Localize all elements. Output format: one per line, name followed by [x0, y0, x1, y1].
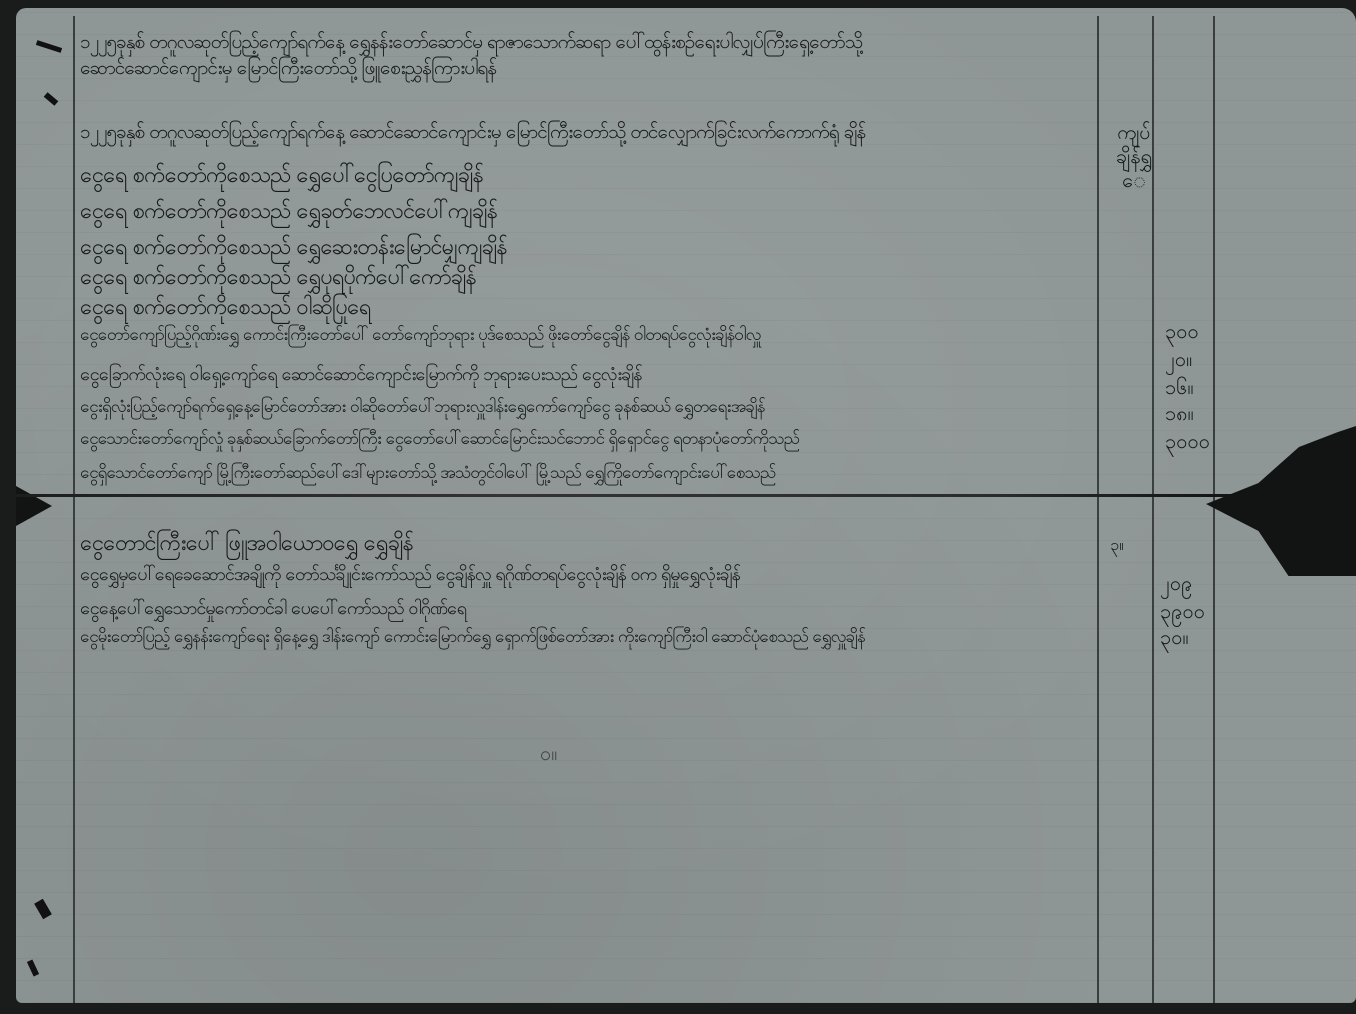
body-line: ငွေရေ စက်တော်ကိုစေသည် ဝါဆိုပြုရေ [80, 292, 371, 325]
amount-value: ၃၀၀ [1165, 318, 1199, 348]
body-line: ငွေးရှိလုံးပြည့်ကျော်ရက်ရှေ့နေ့မြောင်တော… [80, 396, 764, 421]
body-line: ၁၂၂၅ခုနှစ် တဂူလဆုတ်ပြည့်ကျော်ရက်နေ့ ဆောင… [80, 120, 865, 148]
body-line: ငွေနေ့ပေါ်ရွှေသောင်မှုကော်တင်ခါ ပေပေါ်ကေ… [80, 596, 466, 623]
amount-value: ၃၀၀၀ [1165, 428, 1210, 458]
header-line: ၁၂၂၅ခုနှစ် တဂူလဆုတ်ပြည့်ကျော်ရက်နေ့ ရွှေ… [80, 30, 862, 58]
side-column-annotation: ကျပ်ချိန်ရွှေ [1112, 120, 1156, 192]
header-line: ဆောင်ဆောင်ကျောင်းမှ မြောင်ကြီးတော်သို့ ဖ… [80, 56, 496, 84]
amount-column-rule [1213, 16, 1215, 1003]
body-line: ငွေရေ စက်တော်ကိုစေသည် ရွှေခုတ်ဘေလင်ပေါ်က… [80, 196, 497, 229]
amount-value: ၂၀။ [1165, 346, 1192, 376]
amount-value: ၂၀၉ [1160, 570, 1192, 600]
body-line: ငွေခြောက်လုံးရေ ဝါရှေ့ကျော်ရေ ဆောင်ဆောင်… [80, 362, 641, 389]
torn-notch-left [16, 486, 52, 526]
faint-stamp-mark: ၀။ [540, 740, 557, 770]
paper-fold-crease [16, 494, 1236, 497]
amount-value: ၃၀။ [1160, 624, 1189, 654]
body-line: ငွေတောင်ကြီးပေါ် ဖြူအဝါယောဝရွှေ ရွှေချိန… [80, 528, 413, 561]
left-margin-rule [73, 16, 75, 1003]
body-line: ငွေသောင်းတော်ကျော်လှုံ ခုနှစ်ဆယ်ခြောက်တေ… [80, 428, 799, 453]
body-line: ငွေရွှေမှပေါ်ရေခေဆောင်အချိုကို တော်သင်္ခ… [80, 562, 740, 589]
amount-value: ၁၈။ [1165, 400, 1194, 430]
body-line: ငွေမိုးတော်ပြည့် ရွှေနန်းကျော်ရေး ရှိနေ့… [80, 626, 865, 651]
body-line: ငွေတော်ကျော်ပြည့်ဂိုဏ်းရွှေ ကောင်းကြီးတေ… [80, 324, 761, 349]
amount-value: ၃။ [1110, 534, 1124, 558]
right-margin-rule [1097, 16, 1099, 1003]
body-line: ငွေရေ စက်တော်ကိုစေသည် ရွှေပုရပိုက်ပေါ်ကေ… [80, 262, 476, 295]
body-line: ငွေရှိသောင်တော်ကျော် မြို့ကြီးတော်ဆည်ပေါ… [80, 462, 775, 487]
torn-notch-right [1206, 426, 1356, 576]
body-line: ငွေရေ စက်တော်ကိုစေသည် ရွှေဆေးတန်းမြောင်မ… [80, 232, 507, 265]
body-line: ငွေရေ စက်တော်ကိုစေသည် ရွှေပေါ်ငွေပြတော်က… [80, 160, 483, 193]
